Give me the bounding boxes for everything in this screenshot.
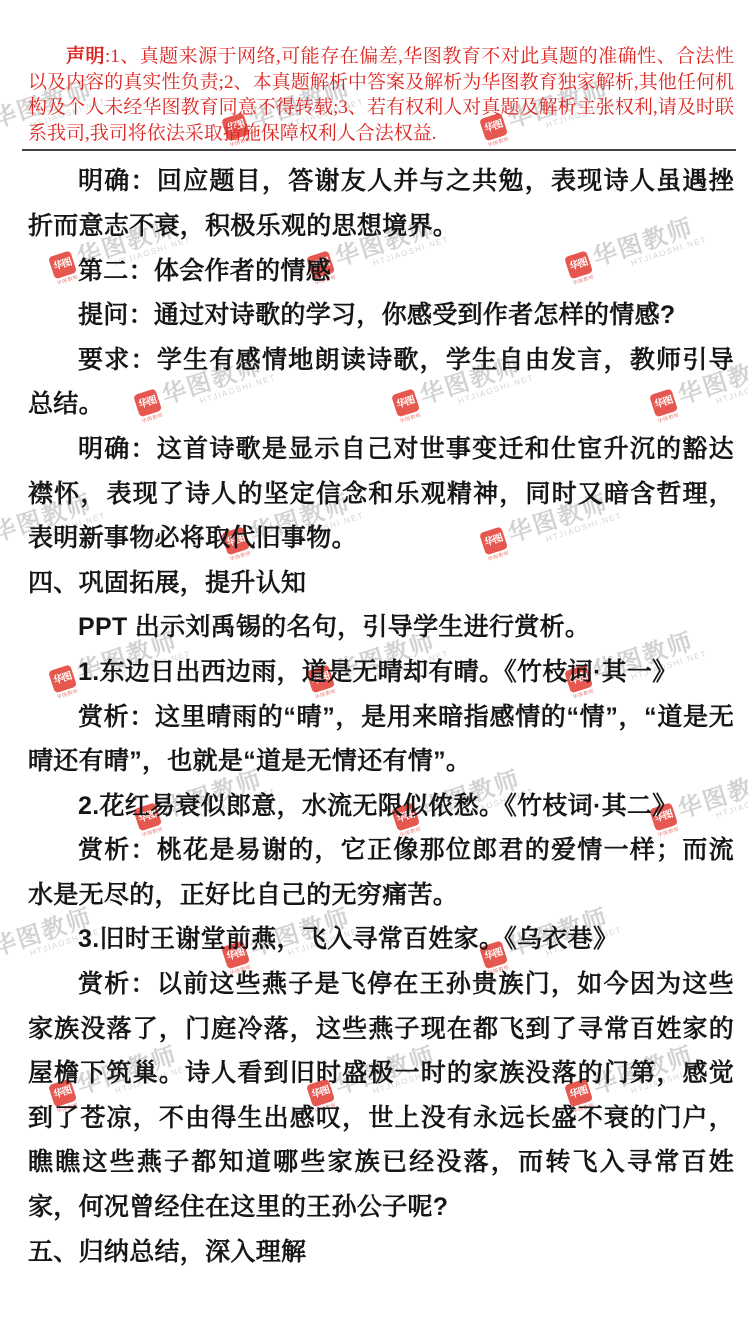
section-heading: 四、巩固拓展，提升认知 <box>28 561 734 606</box>
paragraph: PPT 出示刘禹锡的名句，引导学生进行赏析。 <box>28 605 734 650</box>
document-content: 声明:1、真题来源于网络,可能存在偏差,华图教育不对此真题的准确性、合法性以及内… <box>0 0 748 1274</box>
paragraph: 2.花红易衰似郎意，水流无限似侬愁。《竹枝词·其二》 <box>28 784 734 829</box>
paragraph: 赏析：这里晴雨的“晴”，是用来暗指感情的“情”，“道是无晴还有晴”，也就是“道是… <box>28 695 734 784</box>
paragraph: 第二：体会作者的情感 <box>28 249 734 294</box>
paragraph: 赏析：桃花是易谢的，它正像那位郎君的爱情一样；而流水是无尽的，正好比自己的无穷痛… <box>28 828 734 917</box>
paragraph: 1.东边日出西边雨，道是无晴却有晴。《竹枝词·其一》 <box>28 650 734 695</box>
page: 华图华图教师华图教师HTJIAOSHI.NET华图华图教师华图教师HTJIAOS… <box>0 0 748 1335</box>
disclaimer: 声明:1、真题来源于网络,可能存在偏差,华图教育不对此真题的准确性、合法性以及内… <box>22 44 736 151</box>
disclaimer-label: 声明 <box>66 46 105 67</box>
paragraph: 明确：回应题目，答谢友人并与之共勉，表现诗人虽遇挫折而意志不衰，积极乐观的思想境… <box>28 159 734 248</box>
paragraph: 赏析：以前这些燕子是飞停在王孙贵族门，如今因为这些家族没落了，门庭冷落，这些燕子… <box>28 962 734 1230</box>
disclaimer-text: :1、真题来源于网络,可能存在偏差,华图教育不对此真题的准确性、合法性以及内容的… <box>28 46 734 144</box>
paragraph: 提问：通过对诗歌的学习，你感受到作者怎样的情感? <box>28 293 734 338</box>
document-body: 明确：回应题目，答谢友人并与之共勉，表现诗人虽遇挫折而意志不衰，积极乐观的思想境… <box>28 151 734 1274</box>
section-heading: 五、归纳总结，深入理解 <box>28 1230 734 1275</box>
paragraph: 要求：学生有感情地朗读诗歌，学生自由发言，教师引导总结。 <box>28 338 734 427</box>
paragraph: 3.旧时王谢堂前燕，飞入寻常百姓家。《乌衣巷》 <box>28 917 734 962</box>
paragraph: 明确：这首诗歌是显示自己对世事变迁和仕宦升沉的豁达襟怀，表现了诗人的坚定信念和乐… <box>28 427 734 561</box>
